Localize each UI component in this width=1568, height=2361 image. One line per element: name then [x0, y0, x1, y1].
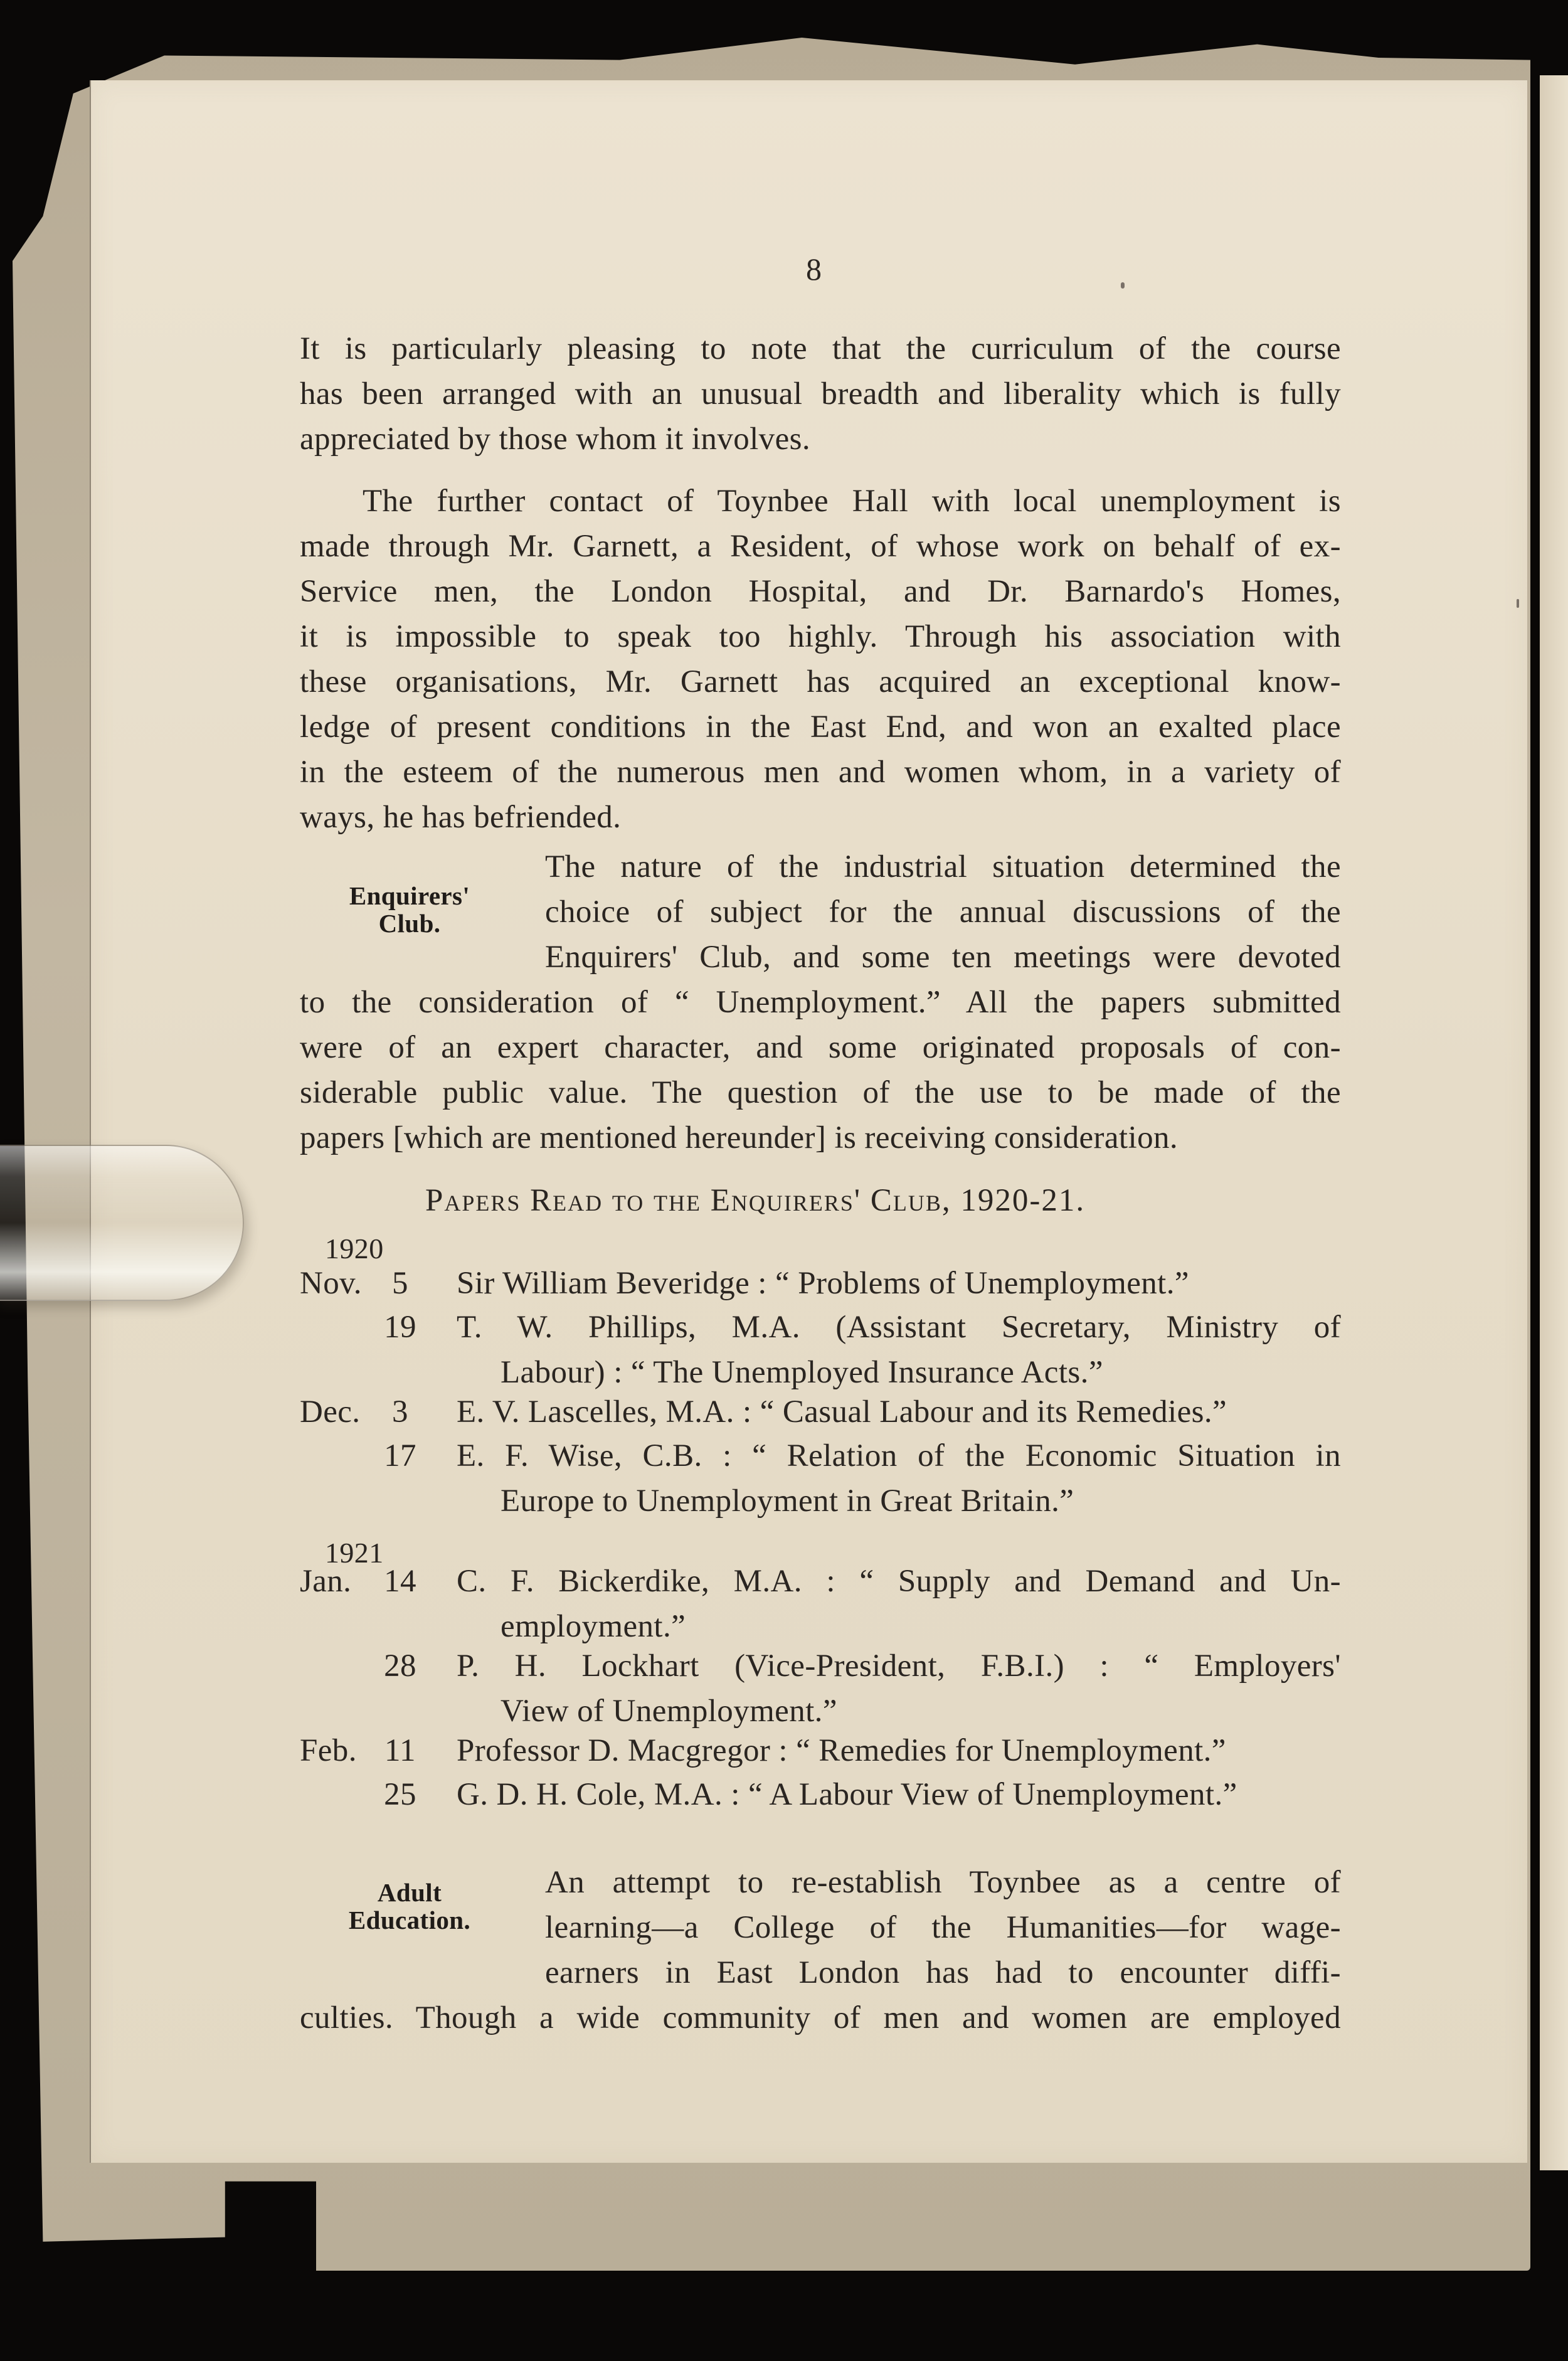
text-line: It is particularly pleasing to note that… — [300, 326, 1341, 371]
entry-line: T. W. Phillips, M.A. (Assistant Secretar… — [457, 1305, 1341, 1350]
entry-line: P. H. Lockhart (Vice-President, F.B.I.) … — [457, 1643, 1341, 1689]
text-line: ledge of present conditions in the East … — [300, 704, 1341, 750]
glass-page-weight — [0, 1145, 244, 1301]
paper-speck — [1517, 599, 1519, 608]
entry-line: Labour) : “ The Unemployed Insurance Act… — [457, 1350, 1341, 1395]
entry-text: E. V. Lascelles, M.A. : “ Casual Labour … — [457, 1389, 1341, 1435]
entry-text: P. H. Lockhart (Vice-President, F.B.I.) … — [457, 1643, 1341, 1734]
entry-line: employment.” — [457, 1604, 1341, 1649]
text-line: ways, he has befriended. — [300, 795, 1341, 840]
sidenote-adult-education: Adult Education. — [334, 1879, 485, 1934]
entry-line: Professor D. Macgregor : “ Remedies for … — [457, 1728, 1341, 1773]
text-line: to the consideration of “ Unemployment.”… — [300, 980, 1341, 1025]
entry-line: Sir William Beveridge : “ Problems of Un… — [457, 1261, 1341, 1306]
text-line: The nature of the industrial situation d… — [545, 844, 1341, 889]
entry-text: G. D. H. Cole, M.A. : “ A Labour View of… — [457, 1772, 1341, 1817]
entry-day: 11 — [375, 1728, 425, 1773]
entry-text: Professor D. Macgregor : “ Remedies for … — [457, 1728, 1341, 1773]
text-line: siderable public value. The question of … — [300, 1070, 1341, 1115]
entry-day: 25 — [375, 1772, 425, 1817]
text-line: Service men, the London Hospital, and Dr… — [300, 569, 1341, 614]
text-line: papers [which are mentioned hereunder] i… — [300, 1115, 1341, 1160]
entry-text: C. F. Bickerdike, M.A. : “ Supply and De… — [457, 1559, 1341, 1649]
text-line: appreciated by those whom it involves. — [300, 416, 1341, 462]
adjacent-page-edge — [1540, 75, 1568, 2170]
text-line: made through Mr. Garnett, a Resident, of… — [300, 524, 1341, 569]
section-adult-education: Adult Education. An attempt to re-establ… — [300, 1860, 1341, 2040]
entry-text: Sir William Beveridge : “ Problems of Un… — [457, 1261, 1341, 1306]
text-line: has been arranged with an unusual breadt… — [300, 371, 1341, 416]
text-line: The further contact of Toynbee Hall with… — [300, 479, 1341, 524]
entry-day: 14 — [375, 1559, 425, 1604]
page-number: 8 — [806, 251, 822, 287]
sidenote-line: Adult — [334, 1879, 485, 1906]
entry-month: Dec. — [300, 1389, 375, 1435]
entry-line: E. V. Lascelles, M.A. : “ Casual Labour … — [457, 1389, 1341, 1435]
entry-day: 17 — [375, 1433, 425, 1478]
entry-day: 19 — [375, 1305, 425, 1350]
entry-line: C. F. Bickerdike, M.A. : “ Supply and De… — [457, 1559, 1341, 1604]
papers-list-title: Papers Read to the Enquirers' Club, 1920… — [425, 1178, 1085, 1223]
text-line: An attempt to re-establish Toynbee as a … — [545, 1860, 1341, 1905]
sidenote-enquirers-club: Enquirers' Club. — [347, 882, 472, 937]
entry-month: Feb. — [300, 1728, 375, 1773]
entry-text: E. F. Wise, C.B. : “ Relation of the Eco… — [457, 1433, 1341, 1524]
entry-day: 5 — [375, 1261, 425, 1306]
text-line: learning—a College of the Humanities—for… — [545, 1905, 1341, 1950]
text-line: Enquirers' Club, and some ten meetings w… — [545, 935, 1341, 980]
entry-line: View of Unemployment.” — [457, 1689, 1341, 1734]
entry-month: Jan. — [300, 1559, 375, 1604]
paragraph-curriculum: It is particularly pleasing to note that… — [300, 326, 1341, 462]
entry-day: 28 — [375, 1643, 425, 1689]
section-enquirers-club: Enquirers' Club. The nature of the indus… — [300, 844, 1341, 1160]
sidenote-line: Enquirers' — [347, 882, 472, 910]
entry-text: T. W. Phillips, M.A. (Assistant Secretar… — [457, 1305, 1341, 1395]
text-line: choice of subject for the annual discuss… — [545, 889, 1341, 935]
text-line: earners in East London has had to encoun… — [545, 1950, 1341, 1995]
entry-day: 3 — [375, 1389, 425, 1435]
text-line: it is impossible to speak too highly. Th… — [300, 614, 1341, 659]
paragraph-garnett: The further contact of Toynbee Hall with… — [300, 479, 1341, 840]
sidenote-line: Education. — [334, 1906, 485, 1934]
entry-line: Europe to Unemployment in Great Britain.… — [457, 1478, 1341, 1524]
sidenote-line: Club. — [347, 910, 472, 937]
text-line: were of an expert character, and some or… — [300, 1025, 1341, 1070]
text-line: culties. Though a wide community of men … — [300, 1995, 1341, 2040]
text-line: in the esteem of the numerous men and wo… — [300, 750, 1341, 795]
entry-line: G. D. H. Cole, M.A. : “ A Labour View of… — [457, 1772, 1341, 1817]
entry-month: Nov. — [300, 1261, 375, 1306]
text-line: these organisations, Mr. Garnett has acq… — [300, 659, 1341, 704]
entry-line: E. F. Wise, C.B. : “ Relation of the Eco… — [457, 1433, 1341, 1478]
paper-speck — [1121, 282, 1125, 289]
